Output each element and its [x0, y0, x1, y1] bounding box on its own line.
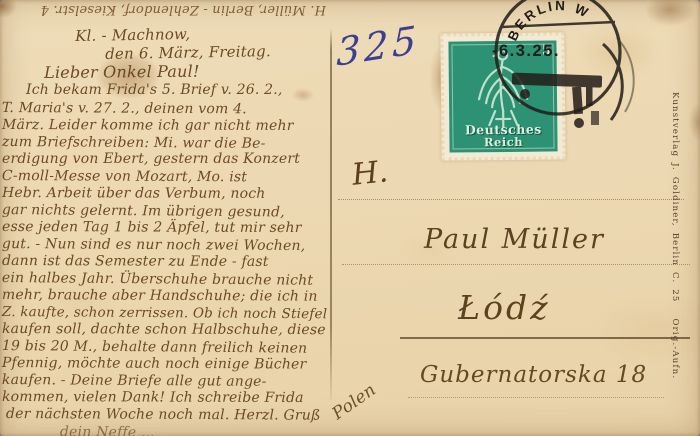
message-line: kaufen soll, dachte schon Halbschuhe, di…: [2, 321, 326, 338]
message-line: gut. - Nun sind es nur noch zwei Wochen,: [2, 236, 306, 254]
message-line: der nächsten Woche noch mal. Herzl. Gruß: [6, 406, 321, 424]
message-line: zum Briefschreiben: Mi. war die Be-: [2, 134, 266, 152]
address-street: Gubernatorska 18: [420, 362, 647, 388]
sender-line-inverted: H. Müller, Berlin - Zehlendorf, Kieselst…: [10, 2, 326, 17]
message-line: 19 bis 20 M., behalte dann freilich kein…: [2, 338, 308, 357]
message-line: den 6. März, Freitag.: [105, 42, 271, 63]
postcard-back: H. Müller, Berlin - Zehlendorf, Kieselst…: [0, 0, 700, 436]
address-rule-2: [342, 264, 690, 265]
message-line: Hebr. Arbeit über das Verbum, noch: [2, 185, 266, 202]
message-line: Pfennig, möchte auch noch einige Bücher: [2, 355, 307, 373]
address-country: Polen: [329, 380, 380, 424]
address-rule-1: [338, 199, 684, 200]
message-line: kommen, vielen Dank! Ich schreibe Frida: [2, 389, 304, 406]
message-line: dein Neffe …: [60, 424, 155, 436]
publisher-orig-aufn: Orig.-Aufn.: [670, 318, 680, 379]
postmark-date: -6.3.25.: [492, 42, 560, 60]
divider-line: [330, 28, 332, 400]
message-line: dann ist das Semester zu Ende - fast: [2, 253, 269, 270]
message-line: erdigung von Ebert, gestern das Konzert: [2, 151, 300, 167]
message-line: Lieber Onkel Paul!: [44, 62, 200, 82]
message-line: ein halbes Jahr. Überschuhe brauche nich…: [2, 270, 313, 289]
handstamp-number: 325: [336, 17, 420, 75]
address-city: Łódź: [458, 288, 550, 327]
message-line: mehr, brauche aber Handschuhe; die ich i…: [2, 287, 318, 305]
message-line: Kl. - Machnow,: [75, 25, 190, 45]
message-line: gar nichts gelernt. Im übrigen gesund,: [2, 202, 285, 220]
address-name: Paul Müller: [424, 224, 605, 255]
message-line: T. Maria's v. 27. 2., deinen vom 4.: [2, 100, 247, 117]
message-line: Ich bekam Frida's 5. Brief v. 26. 2.,: [26, 82, 283, 98]
address-rule-4: [408, 397, 664, 398]
message-line: Z. kaufte, schon zerrissen. Ob ich noch …: [2, 304, 327, 322]
message-line: kaufen. - Deine Briefe alle gut ange-: [2, 372, 267, 390]
postmark: BERLIN W -6.3.25.: [455, 0, 695, 160]
message-line: März. Leider komme ich gar nicht mehr: [2, 117, 294, 134]
message-line: C-moll-Messe von Mozart, Mo. ist: [2, 168, 247, 185]
message-line: esse jeden Tag 1 bis 2 Äpfel, tut mir se…: [2, 219, 302, 236]
address-rule-3: [400, 337, 690, 339]
address-salutation: H.: [350, 154, 390, 193]
